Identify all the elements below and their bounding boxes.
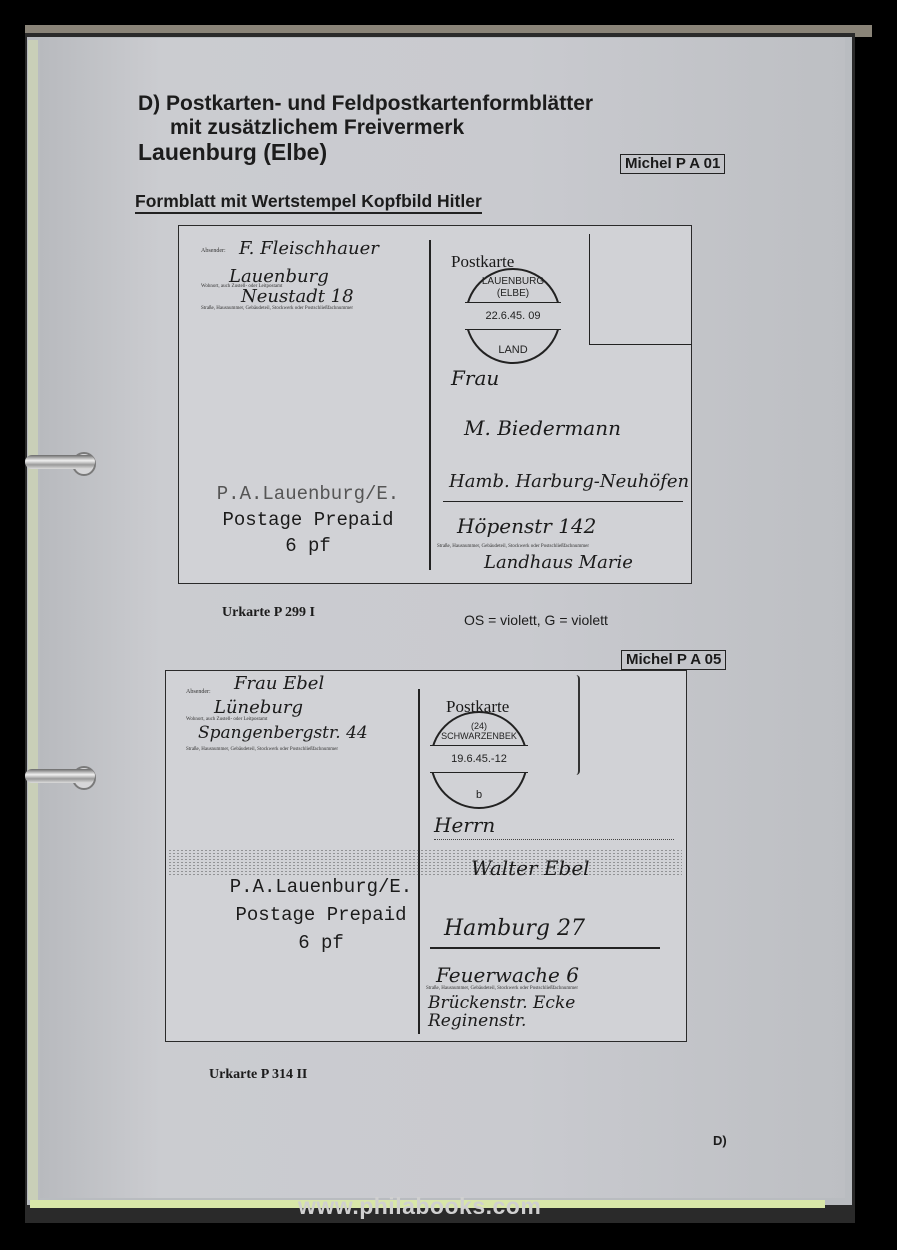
- recipient-line: Höpenstr 142: [457, 514, 596, 538]
- recipient-line: Frau: [451, 366, 499, 390]
- title-line-3: Lauenburg (Elbe): [138, 140, 593, 164]
- postmark-bottom: b: [432, 789, 526, 801]
- recipient-line: M. Biedermann: [464, 416, 621, 440]
- sender-street: Spangenbergstr. 44: [198, 723, 368, 743]
- postcard-1: Absender: F. Fleischhauer Lauenburg Wohn…: [178, 225, 692, 584]
- sender-name: F. Fleischhauer: [239, 238, 379, 259]
- postcard-2: Absender: Frau Ebel Lüneburg Wohnort, au…: [165, 670, 687, 1042]
- recipient-line: Hamburg 27: [444, 916, 585, 941]
- sender-label: Absender:: [201, 248, 226, 254]
- stamp-box: [589, 234, 692, 345]
- urkarte-caption: Urkarte P 299 I: [222, 605, 315, 621]
- postmark-sub: (ELBE): [467, 288, 559, 299]
- postmark-lauenburg: LAUENBURG (ELBE) 22.6.45. 09 LAND: [465, 268, 561, 364]
- michel-number-badge: Michel P A 01: [620, 154, 725, 174]
- sender-street-hint: Straße, Hausnummer, Gebäudeteil, Stockwe…: [201, 306, 353, 311]
- title-line-1: D) Postkarten- und Feldpostkartenformblä…: [138, 92, 593, 116]
- stamp-box-edge: [576, 675, 580, 775]
- address-underline: [443, 501, 683, 502]
- postmark-top: LAUENBURG: [467, 276, 559, 287]
- recipient-hint: Straße, Hausnummer, Gebäudeteil, Stockwe…: [437, 544, 589, 549]
- overprint-line-2: Postage Prepaid: [193, 508, 423, 532]
- recipient-line: Reginenstr.: [428, 1011, 526, 1031]
- postmark-schwarzenbek: (24) SCHWARZENBEK 19.6.45.-12 b: [430, 711, 528, 809]
- sheet-edge: [28, 40, 38, 1200]
- overprint-line-3: 6 pf: [186, 931, 456, 955]
- recipient-line: Feuerwache 6: [436, 963, 579, 987]
- color-note: OS = violett, G = violett: [464, 612, 608, 628]
- section-subheading: Formblatt mit Wertstempel Kopfbild Hitle…: [135, 190, 482, 214]
- recipient-line: Hamb. Harburg-Neuhöfen: [449, 471, 689, 492]
- sender-street: Neustadt 18: [241, 286, 354, 307]
- michel-number-badge: Michel P A 05: [621, 650, 726, 670]
- title-line-2: mit zusätzlichem Freivermerk: [138, 116, 593, 140]
- sender-city-hint: Wohnort, auch Zustell- oder Leitpostamt: [186, 717, 267, 722]
- page-title: D) Postkarten- und Feldpostkartenformblä…: [138, 92, 593, 164]
- binder-ring-icon: [25, 769, 95, 783]
- recipient-line: Walter Ebel: [471, 856, 590, 880]
- postmark-date: 19.6.45.-12: [430, 745, 528, 773]
- address-line: [434, 839, 674, 840]
- postmark-date: 22.6.45. 09: [465, 302, 561, 330]
- sender-city: Lüneburg: [214, 697, 303, 718]
- recipient-line: Herrn: [434, 813, 495, 837]
- sender-label: Absender:: [186, 689, 211, 695]
- sender-street-hint: Straße, Hausnummer, Gebäudeteil, Stockwe…: [186, 747, 338, 752]
- page-section-marker: D): [713, 1133, 727, 1148]
- postmark-top: (24) SCHWARZENBEK: [432, 721, 526, 741]
- address-underline: [430, 947, 660, 949]
- overprint-line-1: P.A.Lauenburg/E.: [193, 482, 423, 506]
- sender-name: Frau Ebel: [234, 673, 324, 694]
- postmark-bottom: LAND: [467, 344, 559, 356]
- card-divider: [429, 240, 431, 570]
- overprint-line-1: P.A.Lauenburg/E.: [186, 875, 456, 899]
- binder-ring-icon: [25, 455, 95, 469]
- copy-noise-band: [168, 849, 682, 875]
- overprint-line-2: Postage Prepaid: [186, 903, 456, 927]
- watermark: www.philabooks.com: [298, 1193, 541, 1220]
- recipient-hint: Straße, Hausnummer, Gebäudeteil, Stockwe…: [426, 986, 578, 991]
- recipient-line: Landhaus Marie: [484, 552, 633, 573]
- urkarte-caption: Urkarte P 314 II: [209, 1067, 307, 1083]
- overprint-line-3: 6 pf: [193, 534, 423, 558]
- recipient-line: Brückenstr. Ecke: [428, 993, 575, 1013]
